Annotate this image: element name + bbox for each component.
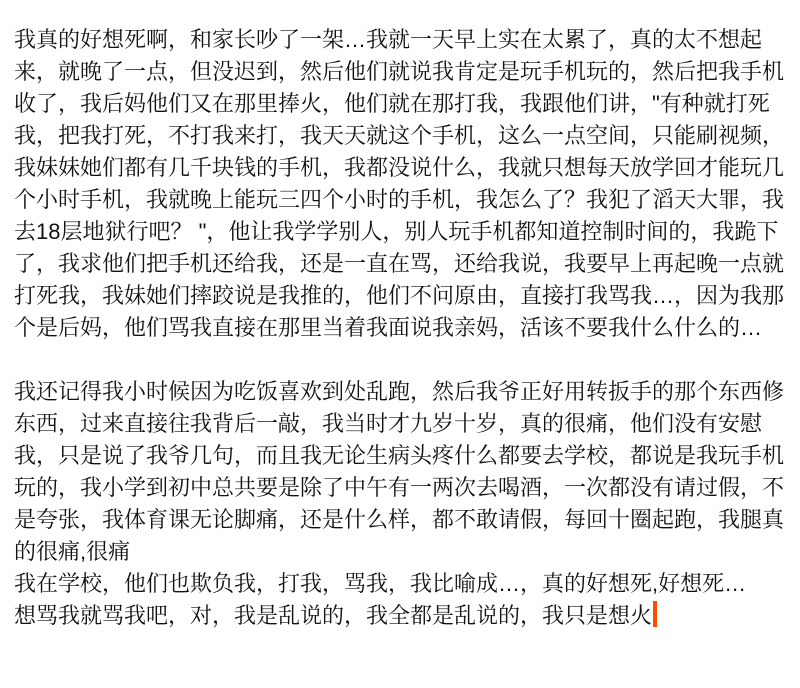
text-line: 去18层地狱行吧？ "，他让我学学别人，别人玩手机都知道控制时间的，我跪下 bbox=[14, 216, 788, 248]
text-line: 东西，过来直接往我背后一敲，我当时才九岁十岁，真的很痛，他们没有安慰 bbox=[14, 408, 788, 440]
text-line: 来，就晚了一点，但没迟到，然后他们就说我肯定是玩手机玩的，然后把我手机 bbox=[14, 56, 788, 88]
text-line: 收了，我后妈他们又在那里捧火，他们就在那打我，我跟他们讲，"有种就打死 bbox=[14, 88, 788, 120]
text-line: 我还记得我小时候因为吃饭喜欢到处乱跑，然后我爷正好用转扳手的那个东西修 bbox=[14, 376, 788, 408]
text-cursor bbox=[653, 601, 657, 627]
text-line-last: 想骂我就骂我吧，对，我是乱说的，我全都是乱说的，我只是想火 bbox=[14, 603, 652, 628]
text-line: 打死我，我妹她们摔跤说是我推的，他们不问原由，直接打我骂我…，因为我那 bbox=[14, 280, 788, 312]
text-line: 想骂我就骂我吧，对，我是乱说的，我全都是乱说的，我只是想火 bbox=[14, 600, 788, 632]
text-line: 玩的，我小学到初中总共要是除了中午有一两次去喝酒，一次都没有请过假，不 bbox=[14, 472, 788, 504]
text-line: 我真的好想死啊，和家长吵了一架…我就一天早上实在太累了，真的太不想起 bbox=[14, 24, 788, 56]
text-line: 个是后妈，他们骂我直接在那里当着我面说我亲妈，活该不要我什么什么的… bbox=[14, 312, 788, 344]
blank-line bbox=[14, 344, 788, 376]
text-line: 我妹妹她们都有几千块钱的手机，我都没说什么，我就只想每天放学回才能玩几 bbox=[14, 152, 788, 184]
text-line: 个小时手机，我就晚上能玩三四个小时的手机，我怎么了？我犯了滔天大罪，我 bbox=[14, 184, 788, 216]
text-line: 了，我求他们把手机还给我，还是一直在骂，还给我说，我要早上再起晚一点就 bbox=[14, 248, 788, 280]
text-line: 我，只是说了我爷几句，而且我无论生病头疼什么都要去学校，都说是我玩手机 bbox=[14, 440, 788, 472]
text-editor[interactable]: 我真的好想死啊，和家长吵了一架…我就一天早上实在太累了，真的太不想起 来，就晚了… bbox=[0, 0, 800, 632]
text-line: 我，把我打死，不打我来打，我天天就这个手机，这么一点空间，只能刷视频， bbox=[14, 120, 788, 152]
text-line: 我在学校，他们也欺负我，打我，骂我，我比喻成…，真的好想死,好想死… bbox=[14, 568, 788, 600]
text-line: 的很痛,很痛 bbox=[14, 536, 788, 568]
text-line: 是夸张，我体育课无论脚痛，还是什么样，都不敢请假，每回十圈起跑，我腿真 bbox=[14, 504, 788, 536]
